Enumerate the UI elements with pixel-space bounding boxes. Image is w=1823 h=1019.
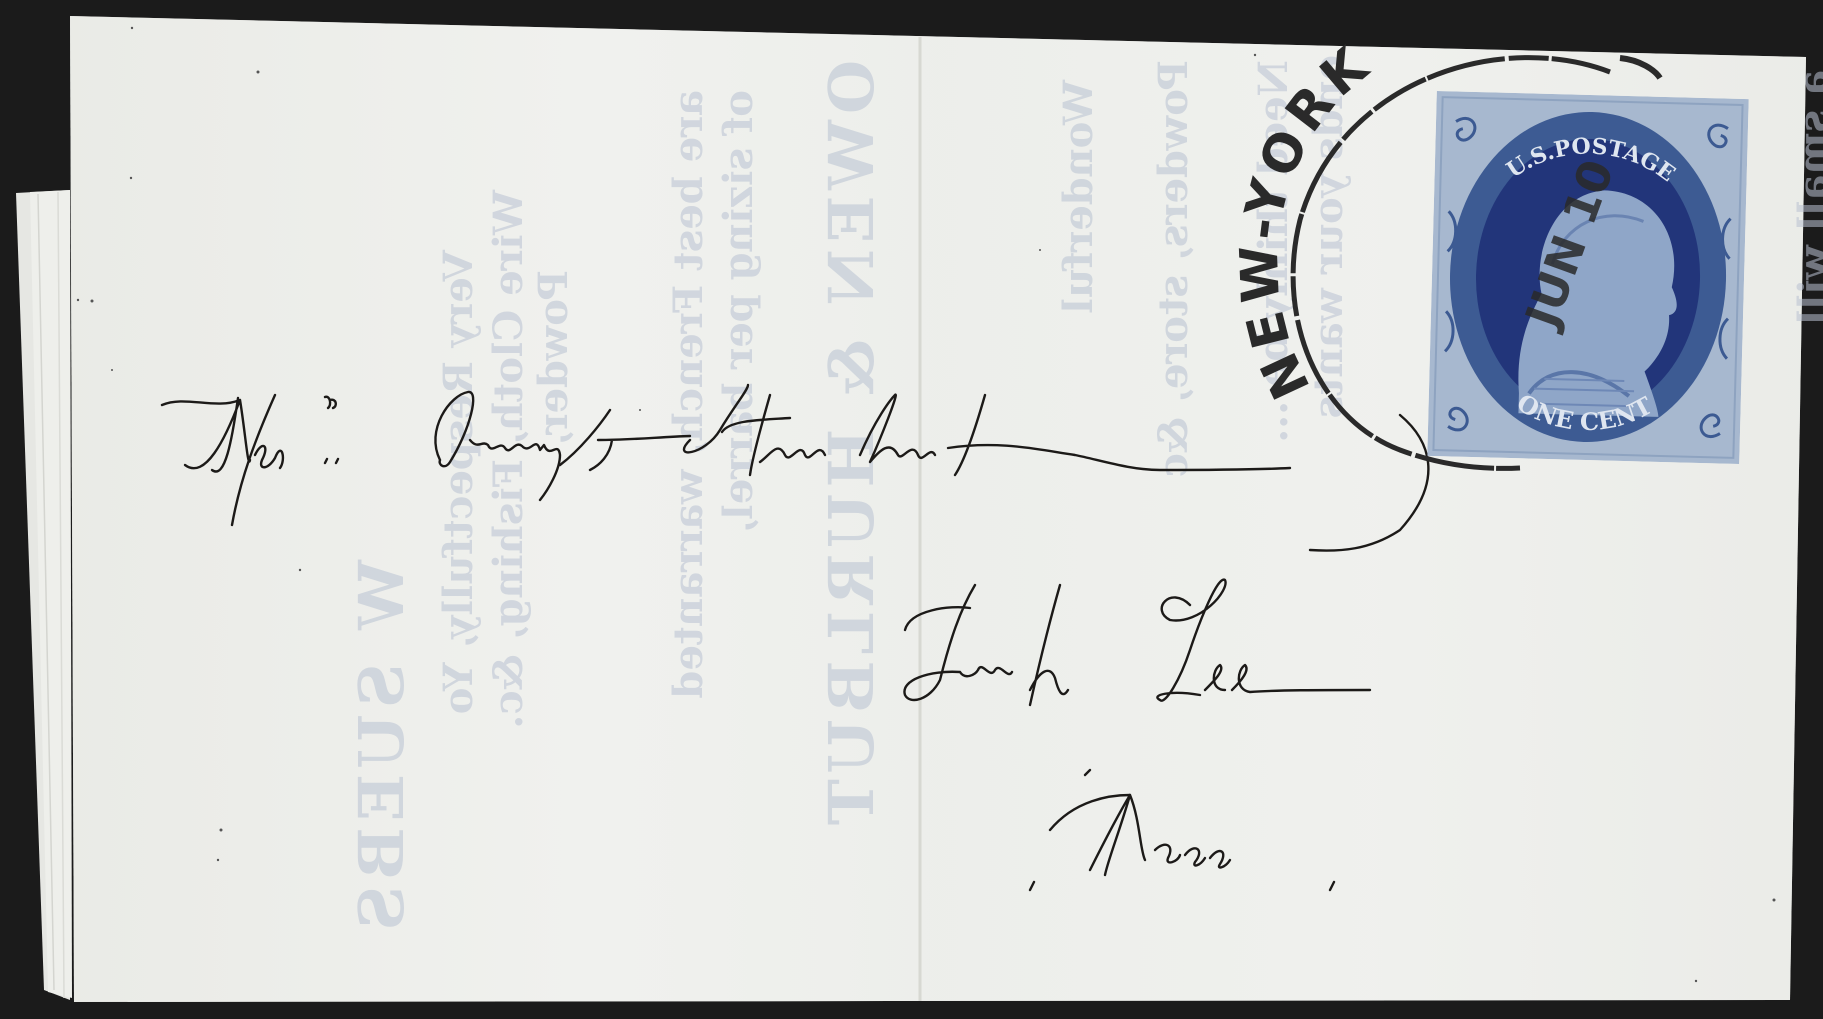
postmark: NEW-YORK JUN 10 bbox=[0, 0, 1823, 1019]
postmark-date: JUN 10 bbox=[1514, 153, 1625, 337]
postmark-city: NEW-YORK bbox=[1230, 33, 1384, 408]
svg-text:NEW-YORK: NEW-YORK bbox=[1230, 33, 1384, 408]
letter-photo: OWEN & HURLBUT of sizing per barrel, are… bbox=[0, 0, 1823, 1019]
